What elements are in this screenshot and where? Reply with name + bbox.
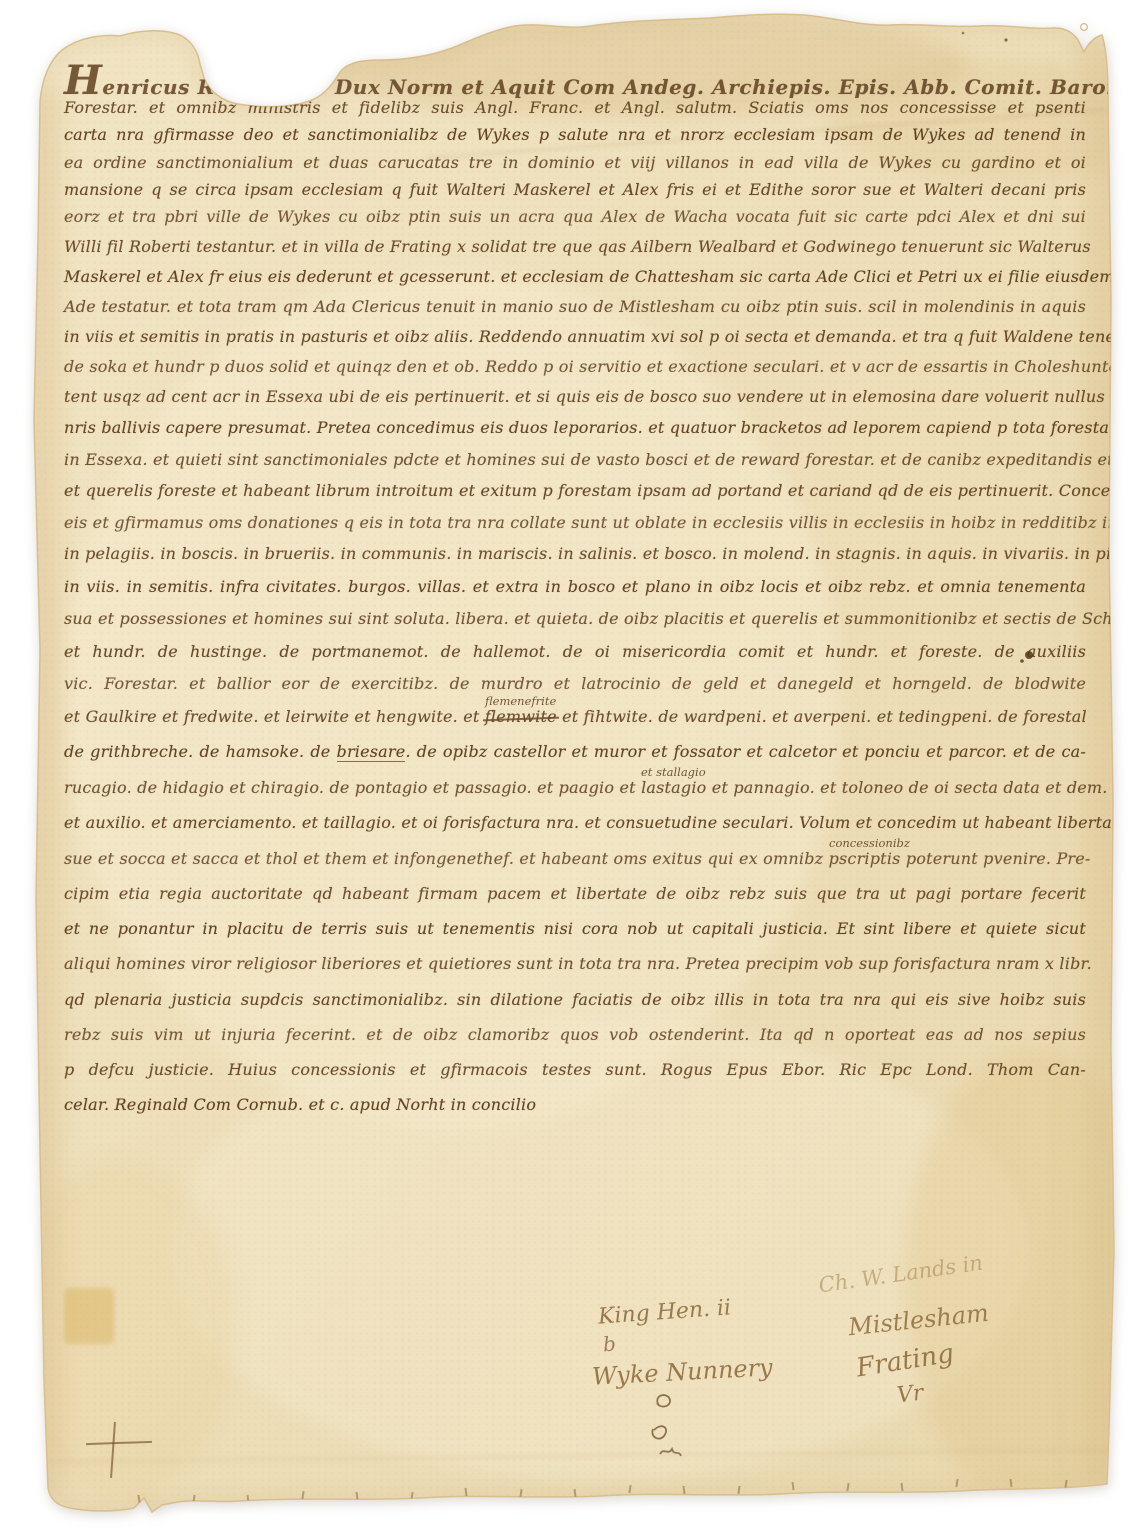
interlinear-insertion: concessionibz [829,836,910,850]
annotation-wyke-nunnery: Wyke Nunnery [591,1353,773,1390]
text-line: in pelagiis. in boscis. in brueriis. in … [64,542,1086,568]
sewing-slit [901,1483,904,1491]
text-line: eis et gfirmamus oms donationes q eis in… [64,511,1086,537]
text-line: mansione q se circa ipsam ecclesiam q fu… [64,178,1086,204]
sewing-slit [1064,1480,1068,1488]
sewing-slit [683,1486,686,1494]
text-line: et auxilio. et amerciamento. et taillagi… [64,811,1086,837]
text-line: p defcu justicie. Huius concessionis et … [64,1058,1086,1084]
annotation-mistlesham: Mistlesham [847,1299,990,1342]
yellow-stain [64,1288,114,1344]
sewing-slit [465,1488,468,1496]
sewing-slit [1010,1479,1013,1487]
text-line: et querelis foreste et habeant librum in… [64,479,1086,505]
interlinear-insertion: et stallagio [641,765,706,779]
text-line: in viis et semitis in pratis in pasturis… [64,325,1086,351]
text-line: rebz suis vim ut injuria fecerint. et de… [64,1023,1086,1049]
struck-word: flemwite [485,707,557,726]
text-line: Maskerel et Alex fr eius eis dederunt et… [64,265,1086,291]
annotation-lands-in: Ch. W. Lands in [817,1251,984,1298]
annotation-vr-flourish: Vr [896,1381,925,1409]
sewing-slit [301,1491,305,1499]
text-line: de soka et hundr p duos solid et quinqz … [64,355,1086,381]
sewing-slit [846,1482,850,1490]
text-line: carta nra gfirmasse deo et sanctimoniali… [64,123,1086,149]
sewing-slit [138,1494,141,1502]
pen-squiggles [640,1390,700,1470]
text-line: Forestar. et omnibz ministris et fidelib… [64,96,1086,122]
scribe-cross-mark-vertical [110,1422,116,1478]
text-line: sue et socca et sacca et thol et them et… [64,847,1086,873]
interlinear-insertion: flemenefrite [485,694,556,708]
text-line: vic. Forestar. et ballior eor de exercit… [64,672,1086,698]
text-line: de grithbreche. de hamsoke. de briesare.… [64,740,1086,766]
text-line: ea ordine sanctimonialium et duas caruca… [64,151,1086,177]
parchment-surface: Henricus Rex Anglor Dux Norm et Aquit Co… [0,0,1138,1536]
text-line: tent usqz ad cent acr in Essexa ubi de e… [64,385,1086,411]
text-line: sua et possessiones et homines sui sint … [64,607,1086,633]
sewing-slit [737,1486,741,1494]
annotation-b: b [602,1332,616,1357]
text-line: et hundr. de hustinge. de portmanemot. d… [64,640,1086,666]
text-line: eorz et tra pbri ville de Wykes cu oibz … [64,205,1086,231]
sewing-slit [574,1489,577,1497]
text-line: in Essexa. et quieti sint sanctimoniales… [64,448,1086,474]
sewing-slit [628,1485,632,1493]
wormhole [1081,24,1088,31]
text-line: Willi fil Roberti testantur. et in villa… [64,235,1086,261]
underlined-word: briesare [337,742,406,762]
charter-photograph: Henricus Rex Anglor Dux Norm et Aquit Co… [0,0,1138,1536]
scribe-cross-mark-horizontal [86,1441,152,1445]
sewing-slit [356,1492,359,1500]
text-line: aliqui homines viror religiosor liberior… [64,952,1086,978]
text-line: celar. Reginald Com Cornub. et c. apud N… [64,1093,1086,1119]
text-line: nris ballivis capere presumat. Pretea co… [64,416,1086,442]
sewing-slit [519,1489,523,1497]
text-line: et Gaulkire et fredwite. et leirwite et … [64,705,1086,731]
sewing-slit [792,1482,795,1490]
text-line: Ade testatur. et tota tram qm Ada Cleric… [64,295,1086,321]
text-line: et ne ponantur in placitu de terris suis… [64,917,1086,943]
annotation-frating: Frating [854,1339,956,1384]
sewing-slit [955,1479,959,1487]
text-line: qd plenaria justicia supdcis sanctimonia… [64,988,1086,1014]
text-line: in viis. in semitis. infra civitates. bu… [64,575,1086,601]
text-line: cipim etia regia auctoritate qd habeant … [64,882,1086,908]
text-line: rucagio. de hidagio et chiragio. de pont… [64,776,1086,802]
annotation-king-hen-ii: King Hen. ii [597,1295,732,1329]
